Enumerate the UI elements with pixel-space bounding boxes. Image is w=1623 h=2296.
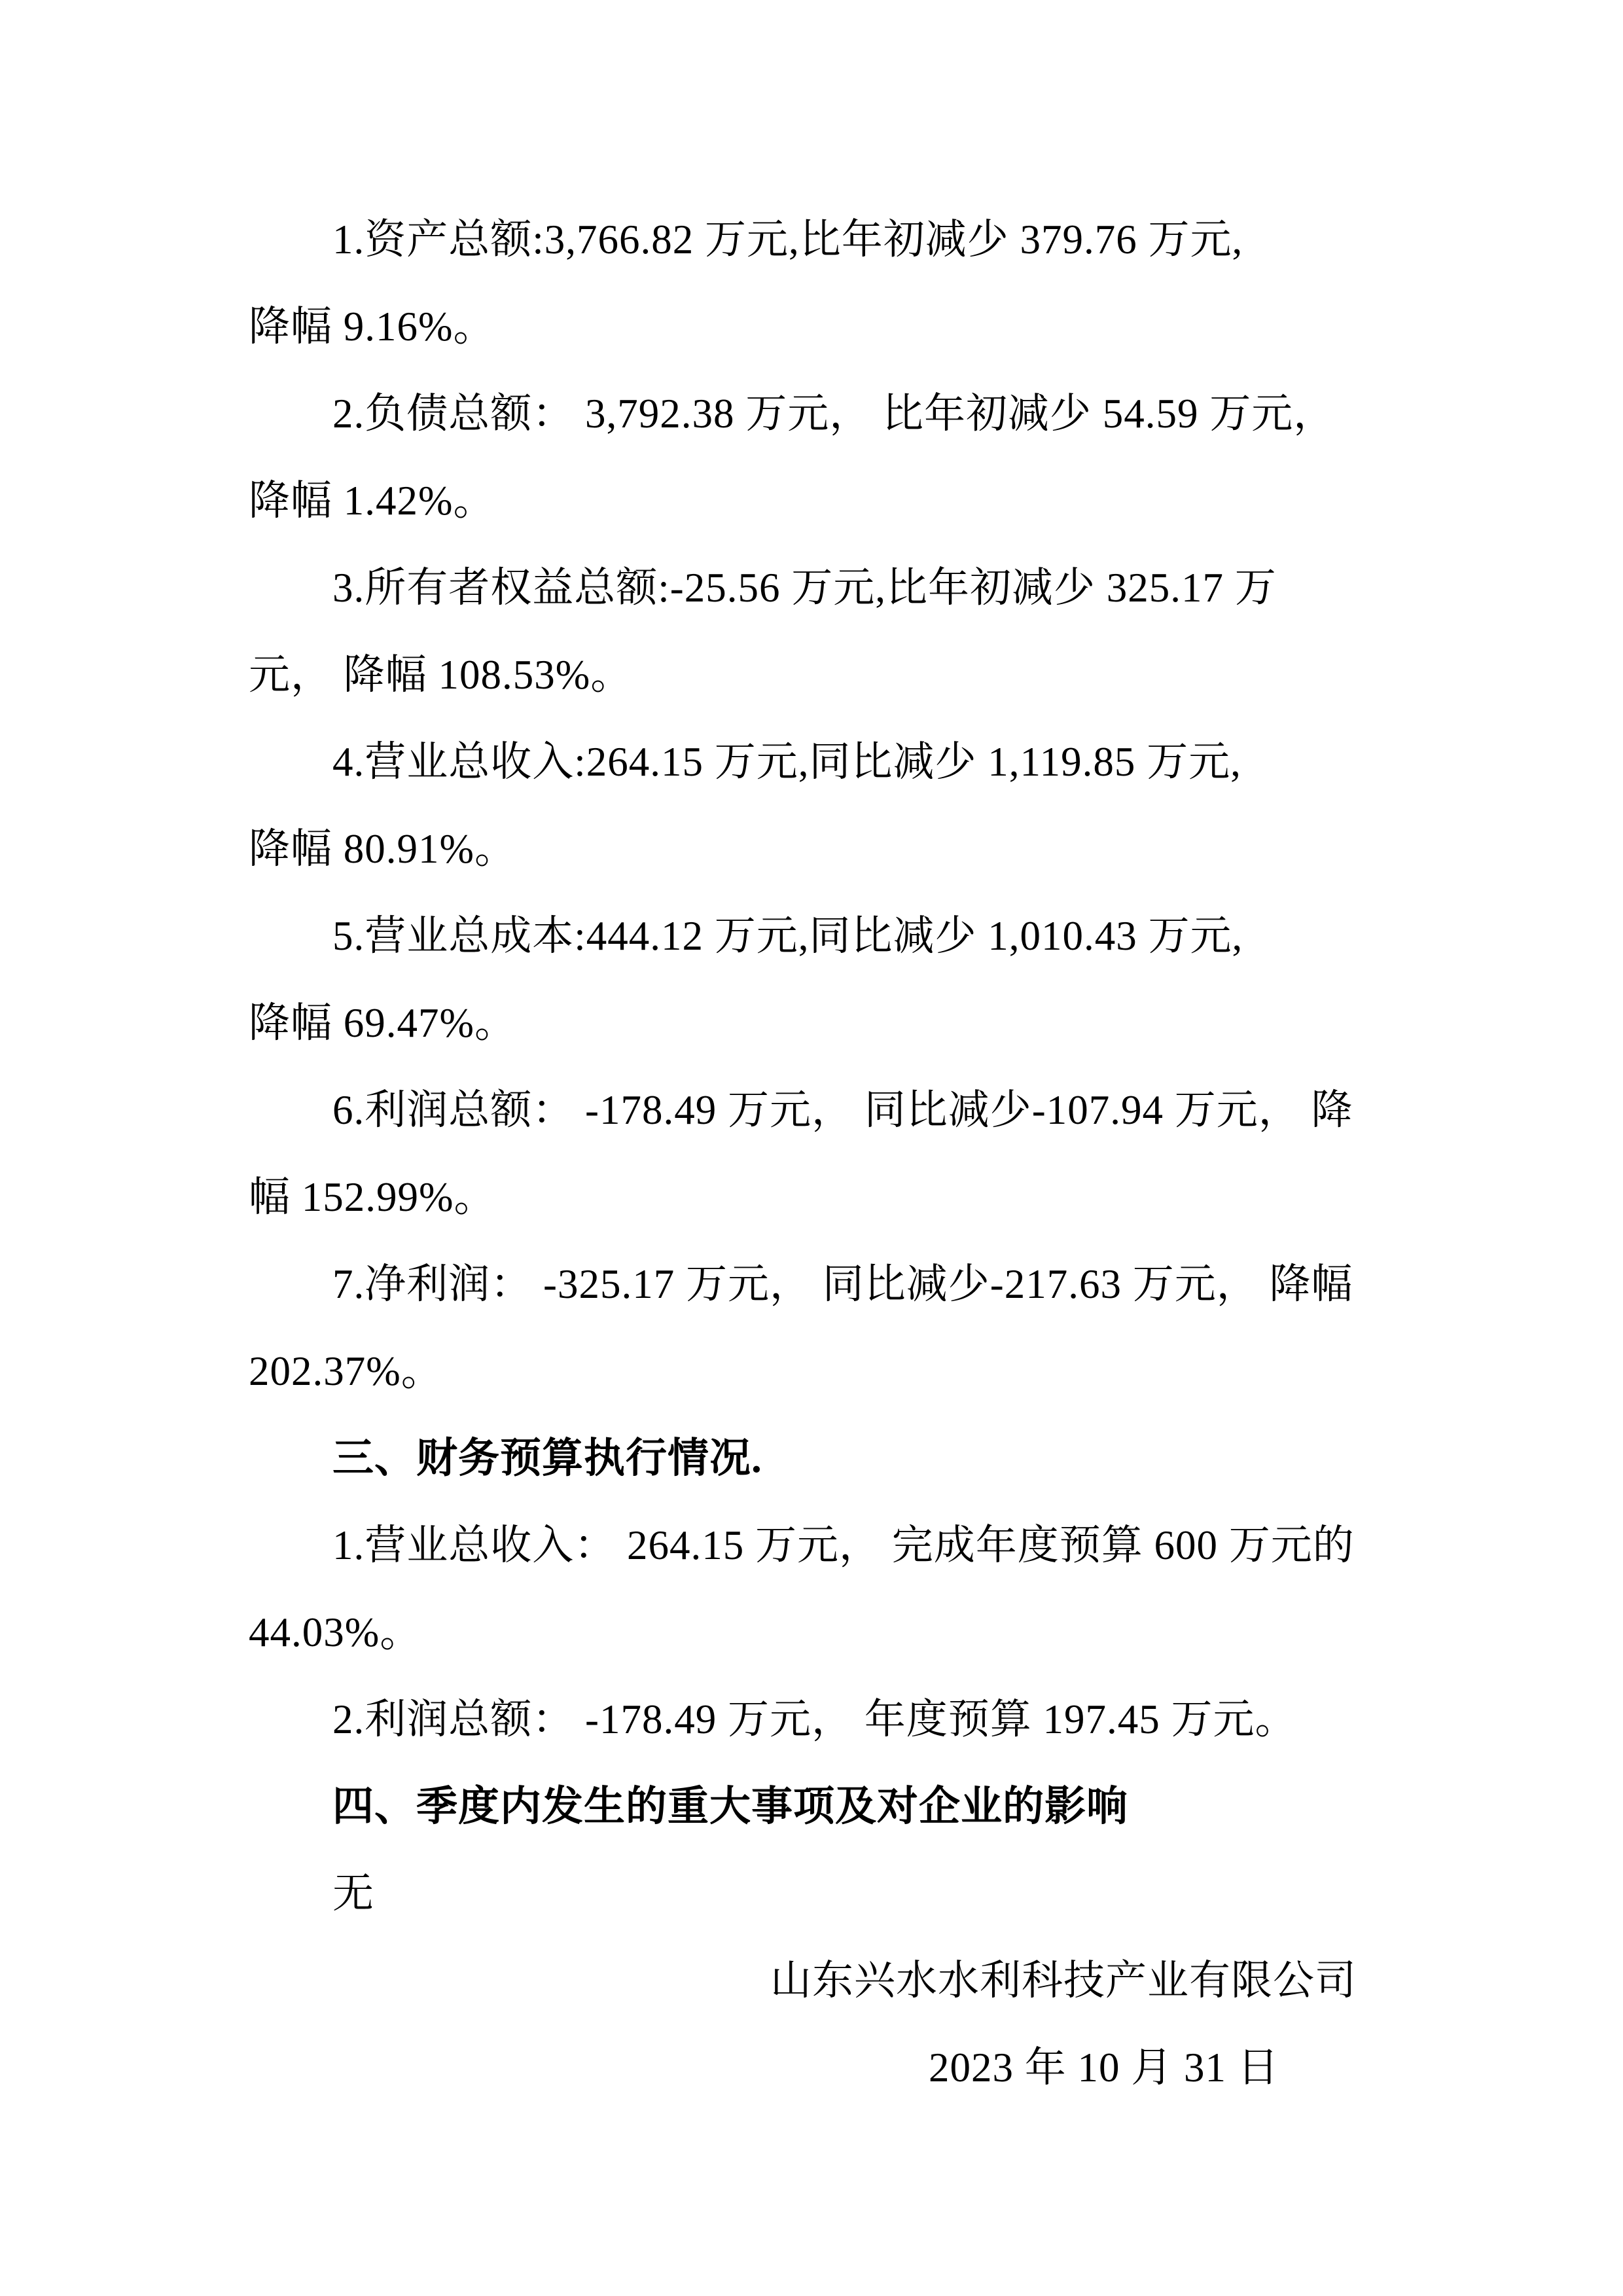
signature-date: 2023 年 10 月 31 日 (249, 2024, 1492, 2111)
s3-item-1-line-2: 44.03%。 (249, 1589, 1492, 1676)
item-4-line-1: 4.营业总收入:264.15 万元,同比减少 1,119.85 万元, (249, 719, 1492, 806)
s3-item-1-line-1: 1.营业总收入： 264.15 万元， 完成年度预算 600 万元的 (249, 1502, 1492, 1589)
item-6-line-1: 6.利润总额： -178.49 万元， 同比减少-107.94 万元， 降 (249, 1067, 1492, 1154)
document-page: 1.资产总额:3,766.82 万元,比年初减少 379.76 万元,降幅 9.… (0, 0, 1623, 2296)
item-4-line-2: 降幅 80.91%。 (249, 806, 1492, 893)
item-1-line-2: 降幅 9.16%。 (249, 283, 1492, 370)
item-5-line-2: 降幅 69.47%。 (249, 980, 1492, 1067)
document-body: 1.资产总额:3,766.82 万元,比年初减少 379.76 万元,降幅 9.… (249, 196, 1492, 2111)
section-4-heading: 四、季度内发生的重大事项及对企业的影响 (249, 1763, 1492, 1850)
item-7-line-2: 202.37%。 (249, 1328, 1492, 1415)
s3-item-2-line-1: 2.利润总额： -178.49 万元， 年度预算 197.45 万元。 (249, 1676, 1492, 1763)
item-7-line-1: 7.净利润： -325.17 万元， 同比减少-217.63 万元， 降幅 (249, 1241, 1492, 1328)
section-4-content-none: 无 (249, 1850, 1492, 1937)
item-3-line-1: 3.所有者权益总额:-25.56 万元,比年初减少 325.17 万 (249, 545, 1492, 632)
item-5-line-1: 5.营业总成本:444.12 万元,同比减少 1,010.43 万元, (249, 893, 1492, 980)
item-3-line-2: 元， 降幅 108.53%。 (249, 632, 1492, 719)
section-3-heading: 三、财务预算执行情况. (249, 1415, 1492, 1502)
item-2-line-2: 降幅 1.42%。 (249, 457, 1492, 545)
signature-company: 山东兴水水利科技产业有限公司 (249, 1937, 1492, 2024)
item-6-line-2: 幅 152.99%。 (249, 1154, 1492, 1241)
item-2-line-1: 2.负债总额： 3,792.38 万元， 比年初减少 54.59 万元， (249, 370, 1492, 457)
item-1-line-1: 1.资产总额:3,766.82 万元,比年初减少 379.76 万元, (249, 196, 1492, 283)
